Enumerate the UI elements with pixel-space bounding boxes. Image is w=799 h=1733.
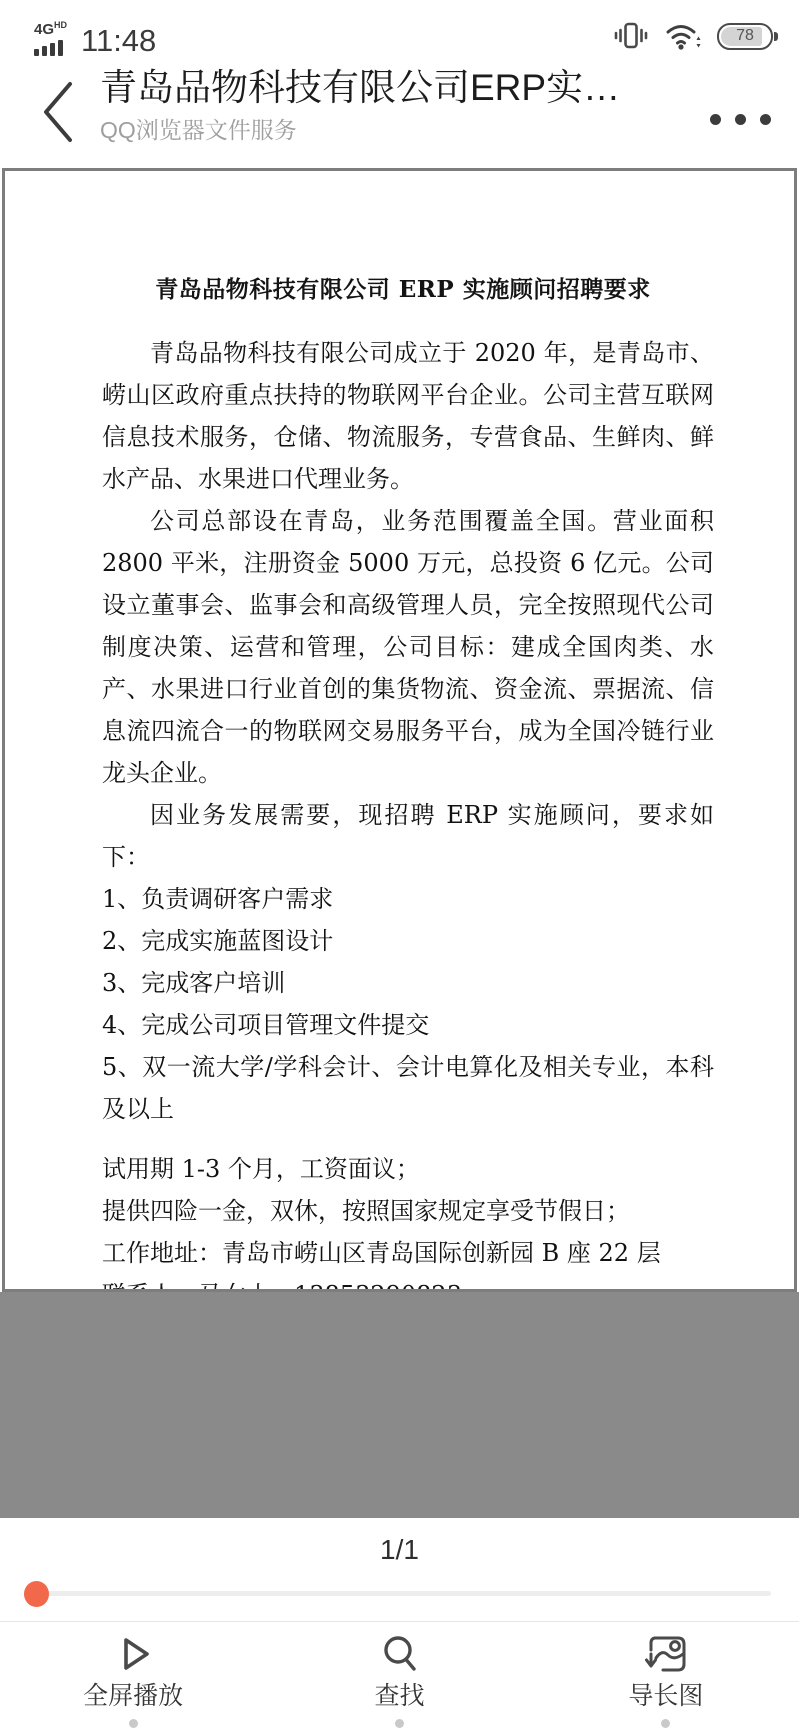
status-time: 11:48	[81, 25, 156, 56]
file-title: 青岛品物科技有限公司ERP实…	[100, 66, 620, 110]
more-menu-button[interactable]	[710, 114, 771, 125]
tool-indicator-dot	[395, 1719, 404, 1728]
document-title: 青岛品物科技有限公司 ERP 实施顾问招聘要求	[102, 271, 704, 304]
document-paragraph: 青岛品物科技有限公司成立于 2020 年，是青岛市、崂山区政府重点扶持的物联网平…	[102, 332, 714, 500]
document-paragraph: 联系人：马女士 13853290823	[102, 1274, 714, 1292]
signal-strength-icon: 4GHD	[34, 21, 67, 56]
document-paragraph: 公司总部设在青岛，业务范围覆盖全国。营业面积 2800 平米，注册资金 5000…	[102, 500, 714, 794]
status-bar: 4GHD 11:48	[0, 0, 799, 62]
document-page[interactable]: 青岛品物科技有限公司 ERP 实施顾问招聘要求 青岛品物科技有限公司成立于 20…	[2, 168, 797, 1292]
find-button[interactable]: 查找	[266, 1630, 532, 1733]
tool-label: 查找	[374, 1681, 424, 1711]
vibrate-icon	[611, 18, 651, 54]
slider-thumb[interactable]	[24, 1581, 49, 1607]
document-body: 青岛品物科技有限公司成立于 2020 年，是青岛市、崂山区政府重点扶持的物联网平…	[102, 332, 714, 1292]
search-icon	[375, 1630, 423, 1678]
document-paragraph: 工作地址：青岛市崂山区青岛国际创新园 B 座 22 层	[102, 1232, 714, 1274]
fullscreen-play-button[interactable]: 全屏播放	[0, 1630, 266, 1733]
toolbar: 全屏播放 查找 导长图	[0, 1622, 799, 1733]
file-header: 青岛品物科技有限公司ERP实… QQ浏览器文件服务	[0, 62, 799, 168]
long-image-icon	[642, 1630, 690, 1678]
slider-track[interactable]	[30, 1591, 771, 1596]
tool-indicator-dot	[661, 1719, 670, 1728]
battery-icon: 78	[717, 23, 773, 50]
wifi-icon	[663, 18, 705, 54]
export-long-image-button[interactable]: 导长图	[533, 1630, 799, 1733]
page-slider[interactable]	[30, 1580, 771, 1607]
page-indicator: 1/1	[0, 1518, 799, 1566]
document-paragraph: 2、完成实施蓝图设计	[102, 920, 714, 962]
battery-percent: 78	[736, 27, 754, 45]
document-paragraph: 1、负责调研客户需求	[102, 878, 714, 920]
back-button[interactable]	[36, 76, 78, 148]
file-source-label: QQ浏览器文件服务	[100, 112, 620, 145]
signal-bars-icon	[34, 40, 63, 56]
document-paragraph: 试用期 1-3 个月，工资面议；	[102, 1148, 714, 1190]
document-paragraph: 因业务发展需要，现招聘 ERP 实施顾问，要求如下：	[102, 794, 714, 878]
viewer-background	[0, 1292, 799, 1518]
tool-label: 导长图	[628, 1681, 703, 1711]
document-paragraph: 4、完成公司项目管理文件提交	[102, 1004, 714, 1046]
bottom-panel: 1/1 全屏播放 查找	[0, 1518, 799, 1733]
document-paragraph: 提供四险一金，双休，按照国家规定享受节假日；	[102, 1190, 714, 1232]
network-type-label: 4GHD	[34, 21, 67, 37]
document-spacer	[102, 1130, 714, 1148]
tool-indicator-dot	[129, 1719, 138, 1728]
tool-label: 全屏播放	[83, 1681, 183, 1711]
document-paragraph: 5、双一流大学/学科会计、会计电算化及相关专业，本科及以上	[102, 1046, 714, 1130]
document-paragraph: 3、完成客户培训	[102, 962, 714, 1004]
play-icon	[109, 1630, 157, 1678]
